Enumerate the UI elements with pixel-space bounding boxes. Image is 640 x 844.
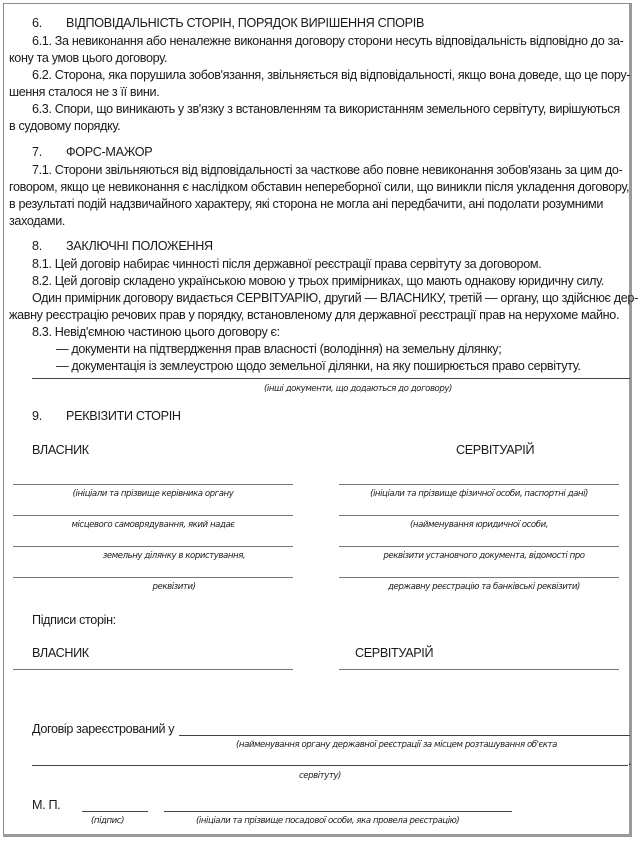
owner-caption-1: (ініціали та прізвище керівника органу	[13, 489, 293, 499]
clause-7-1-line3: в результаті подій надзвичайного характе…	[9, 196, 603, 213]
section-9-heading: 9.РЕКВІЗИТИ СТОРІН	[32, 409, 181, 423]
clause-8-2: 8.2. Цей договір складено українською мо…	[32, 273, 604, 290]
signatures-heading: Підписи сторін:	[32, 612, 116, 629]
owner-caption-3: земельну ділянку в користування,	[34, 551, 314, 561]
stamp-label: М. П.	[32, 797, 60, 814]
section-8-heading: 8.ЗАКЛЮЧНІ ПОЛОЖЕННЯ	[32, 239, 213, 253]
registrar-caption: (ініціали та прізвище посадової особи, я…	[196, 816, 459, 826]
clause-7-1-line2: говором, якщо це невиконання є наслідком…	[9, 179, 629, 196]
section-7-number: 7.	[32, 145, 66, 159]
section-7-heading: 7.ФОРС-МАЖОР	[32, 145, 152, 159]
section-9-title: РЕКВІЗИТИ СТОРІН	[66, 409, 181, 423]
clause-7-1-line1: 7.1. Сторони звільняються від відповідал…	[32, 162, 622, 179]
owner-signature-line[interactable]	[13, 669, 293, 670]
section-7-title: ФОРС-МАЖОР	[66, 145, 152, 159]
servitor-bank-line[interactable]	[339, 577, 619, 578]
servitor-caption-3: реквізити установчого документа, відомос…	[344, 551, 624, 561]
document-page: 6.ВІДПОВІДАЛЬНІСТЬ СТОРІН, ПОРЯДОК ВИРІШ…	[3, 3, 632, 837]
servitor-label: СЕРВІТУАРІЙ	[456, 442, 534, 459]
clause-6-3-line2: в судовому порядку.	[9, 118, 120, 135]
clause-8-2b-line2: жавну реєстрацію речових прав у порядку,…	[9, 307, 619, 324]
owner-caption-4: реквізити)	[34, 582, 314, 592]
signature-caption: (підпис)	[91, 816, 124, 826]
registration-trailing-dot: .	[628, 753, 631, 770]
section-6-heading: 6.ВІДПОВІДАЛЬНІСТЬ СТОРІН, ПОРЯДОК ВИРІШ…	[32, 16, 424, 30]
clause-6-1-line1: 6.1. За невиконання або неналежне викона…	[32, 33, 624, 50]
servitor-caption-4: державну реєстрацію та банківські реквіз…	[344, 582, 624, 592]
clause-8-2b-line1: Один примірник договору видається СЕРВІТ…	[32, 290, 638, 307]
clause-6-2-line1: 6.2. Сторона, яка порушила зобов'язання,…	[32, 67, 630, 84]
registration-caption-1: (найменування органу державної реєстраці…	[236, 740, 557, 750]
clause-6-2-line2: шення сталося не з її вини.	[9, 84, 159, 101]
servitor-founding-doc-line[interactable]	[339, 546, 619, 547]
owner-caption-2: місцевого самоврядування, який надає	[13, 520, 293, 530]
clause-7-1-line4: заходами.	[9, 213, 65, 230]
clause-8-3: 8.3. Невід'ємною частиною цього договору…	[32, 324, 280, 341]
clause-6-3-line1: 6.3. Спори, що виникають у зв'язку з вст…	[32, 101, 620, 118]
section-9-number: 9.	[32, 409, 66, 423]
clause-8-1: 8.1. Цей договір набирає чинності після …	[32, 256, 541, 273]
registrar-signature-line[interactable]	[82, 811, 148, 812]
clause-6-1-line2: кону та умов цього договору.	[9, 50, 167, 67]
section-8-title: ЗАКЛЮЧНІ ПОЛОЖЕННЯ	[66, 239, 213, 253]
servitor-person-line[interactable]	[339, 484, 619, 485]
owner-name-line[interactable]	[13, 484, 293, 485]
signature-owner-label: ВЛАСНИК	[32, 645, 89, 662]
registration-object-line[interactable]	[32, 765, 628, 766]
attachment-item: — документи на підтвердження прав власно…	[56, 341, 501, 358]
attachment-item: — документація із землеустрою щодо земел…	[56, 358, 581, 375]
servitor-caption-1: (ініціали та прізвище фізичної особи, па…	[339, 489, 619, 499]
owner-requisites-line[interactable]	[13, 577, 293, 578]
section-6-title: ВІДПОВІДАЛЬНІСТЬ СТОРІН, ПОРЯДОК ВИРІШЕН…	[66, 16, 424, 30]
owner-land-line[interactable]	[13, 546, 293, 547]
section-8-number: 8.	[32, 239, 66, 253]
other-documents-line[interactable]	[32, 378, 630, 379]
owner-label: ВЛАСНИК	[32, 442, 89, 459]
section-6-number: 6.	[32, 16, 66, 30]
signature-servitor-label: СЕРВІТУАРІЙ	[355, 645, 433, 662]
registrar-name-line[interactable]	[164, 811, 512, 812]
other-documents-caption: (інші документи, що додаються до договор…	[264, 384, 452, 394]
registration-caption-2: сервітуту)	[299, 771, 341, 781]
servitor-signature-line[interactable]	[339, 669, 619, 670]
registration-label: Договір зареєстрований у	[32, 721, 174, 738]
registration-authority-line[interactable]	[179, 735, 630, 736]
servitor-caption-2: (найменування юридичної особи,	[339, 520, 619, 530]
owner-authority-line[interactable]	[13, 515, 293, 516]
servitor-legal-entity-line[interactable]	[339, 515, 619, 516]
